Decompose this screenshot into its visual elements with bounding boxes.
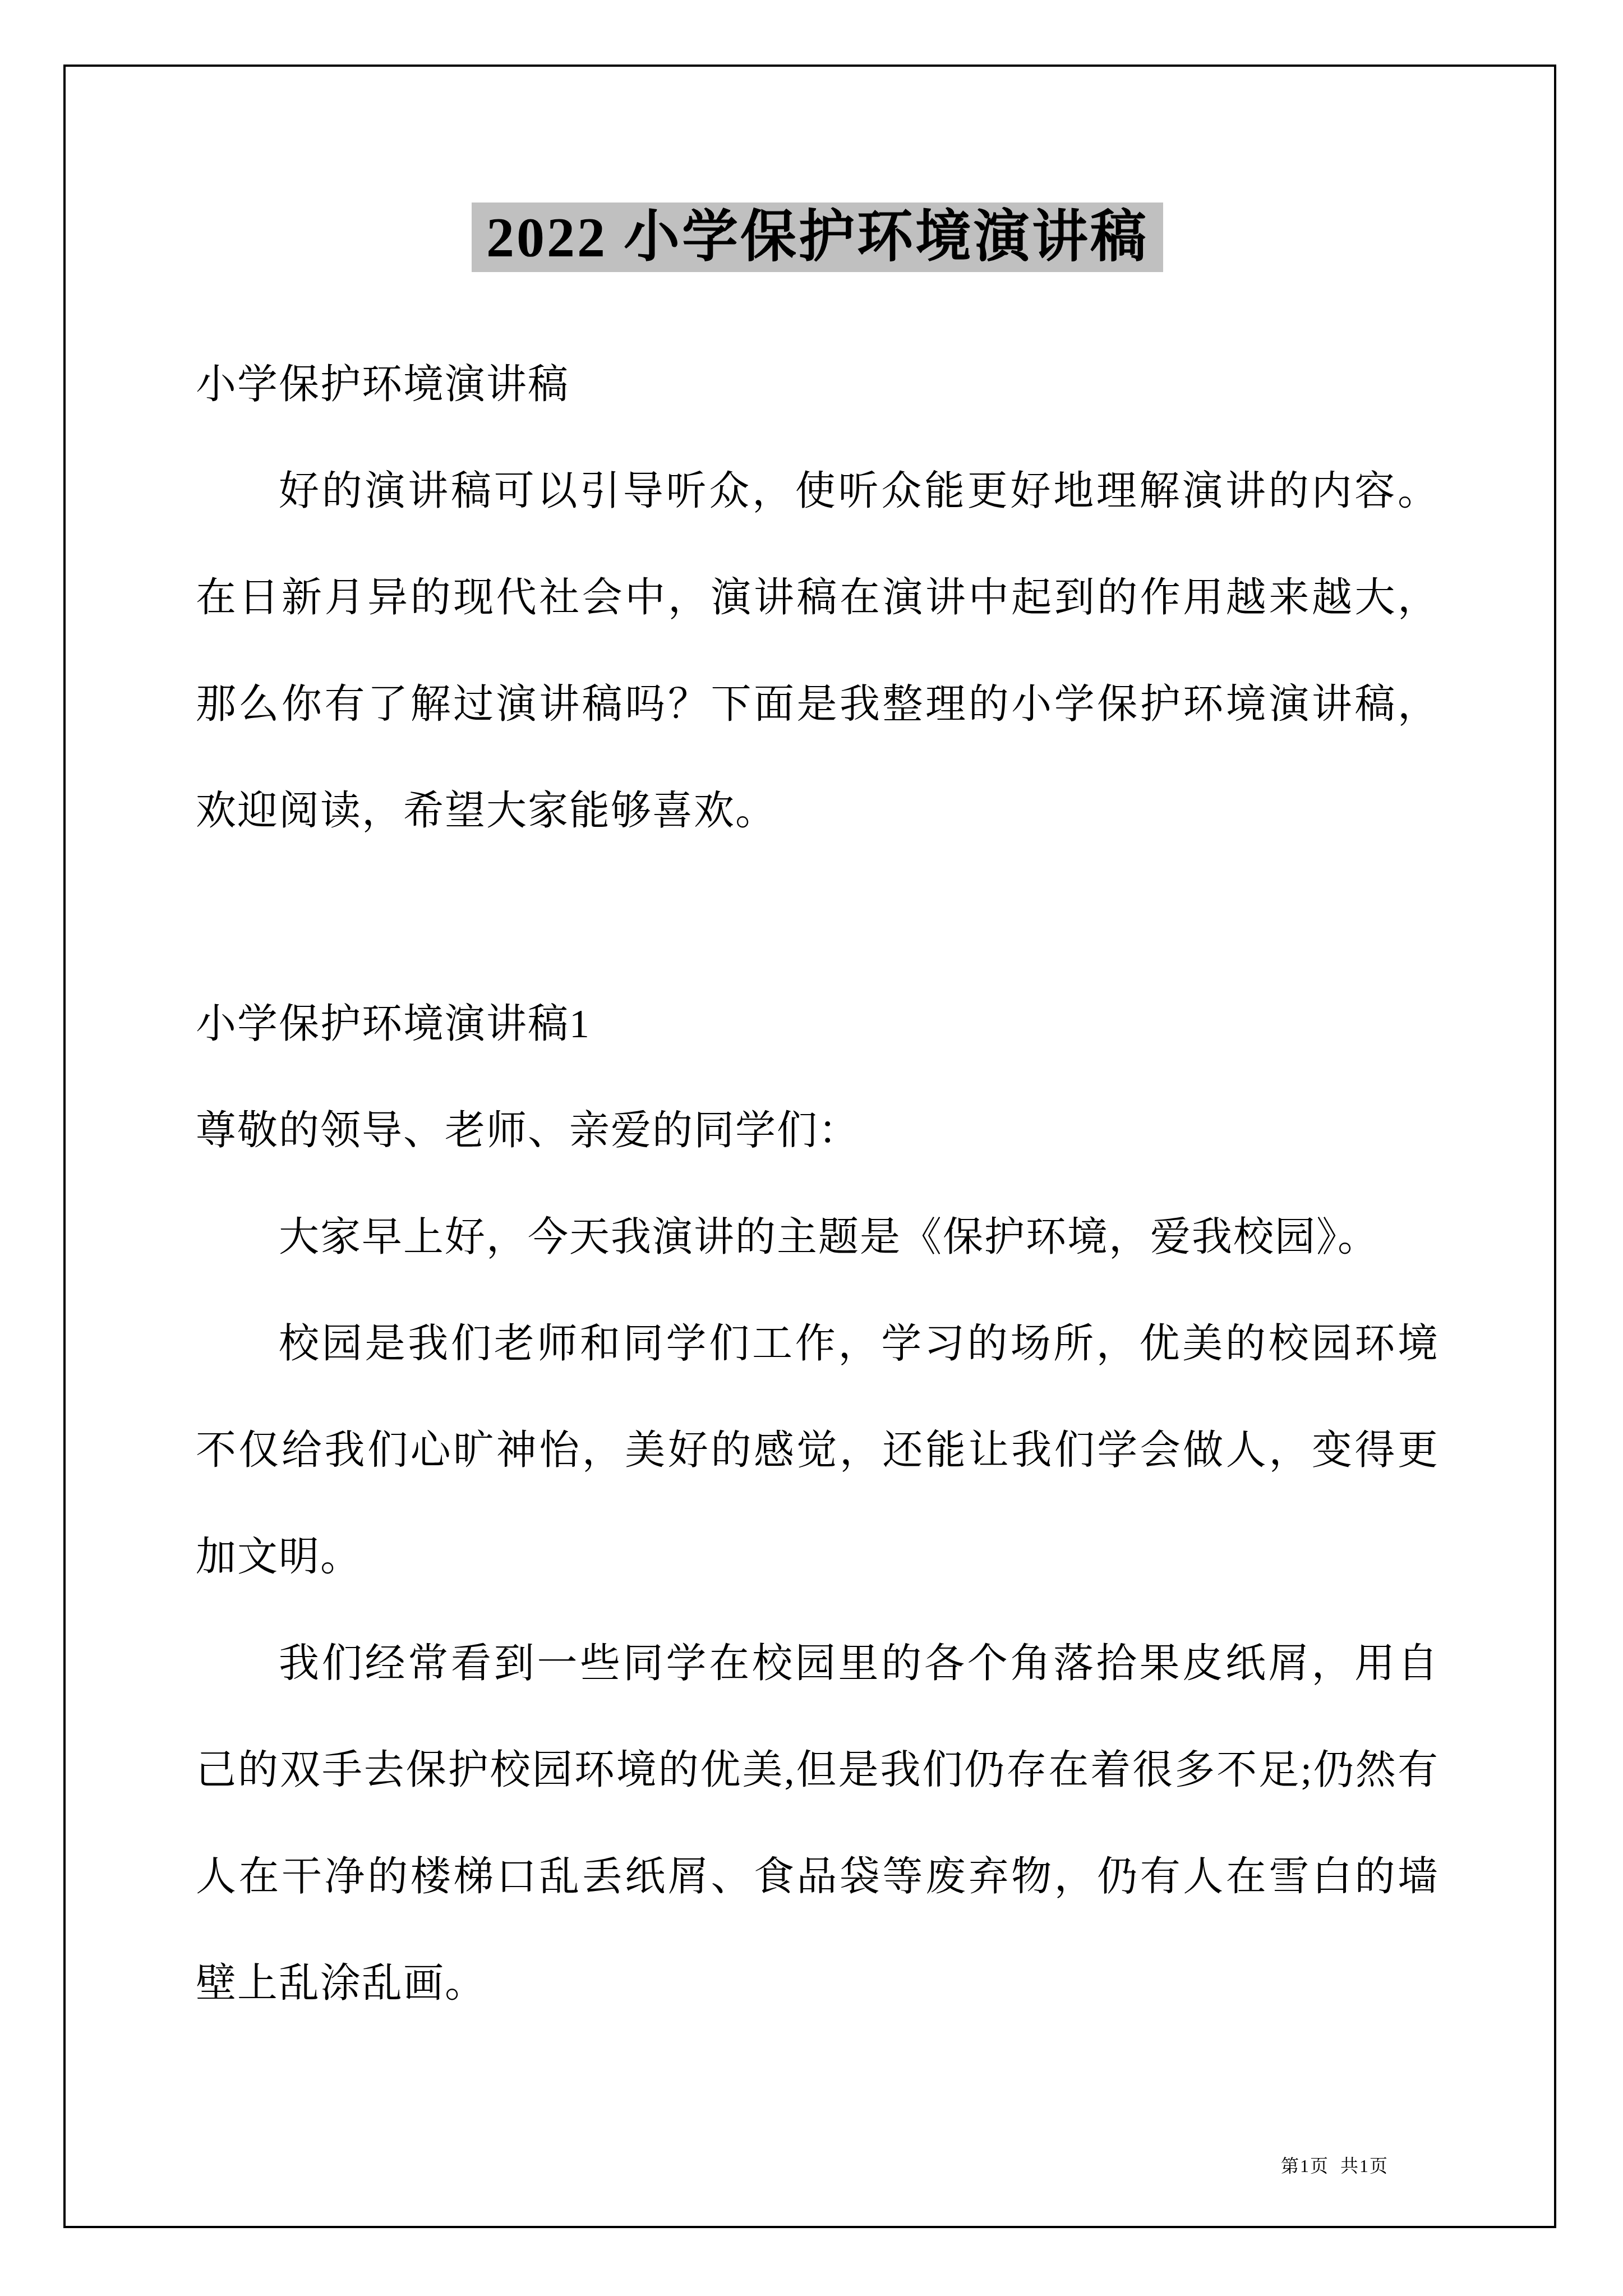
document-title: 2022 小学保护环境演讲稿 bbox=[196, 67, 1439, 272]
document-body: 小学保护环境演讲稿 好的演讲稿可以引导听众，使听众能更好地理解演讲的内容。在日新… bbox=[196, 331, 1439, 2036]
paragraph-section-heading: 小学保护环境演讲稿1 bbox=[196, 970, 1439, 1077]
paragraph-salutation: 尊敬的领导、老师、亲爱的同学们： bbox=[196, 1077, 1439, 1184]
document-content: 2022 小学保护环境演讲稿 小学保护环境演讲稿 好的演讲稿可以引导听众，使听众… bbox=[196, 67, 1439, 2036]
page-border-frame: 2022 小学保护环境演讲稿 小学保护环境演讲稿 好的演讲稿可以引导听众，使听众… bbox=[63, 65, 1556, 2228]
page-footer: 第1页 共1页 bbox=[1281, 2152, 1389, 2178]
paragraph-greeting: 大家早上好，今天我演讲的主题是《保护环境，爱我校园》。 bbox=[196, 1184, 1439, 1290]
blank-line bbox=[196, 864, 1439, 970]
document-page: 2022 小学保护环境演讲稿 小学保护环境演讲稿 好的演讲稿可以引导听众，使听众… bbox=[0, 0, 1623, 2296]
paragraph-subtitle: 小学保护环境演讲稿 bbox=[196, 331, 1439, 438]
paragraph-intro: 好的演讲稿可以引导听众，使听众能更好地理解演讲的内容。在日新月异的现代社会中，演… bbox=[196, 438, 1439, 864]
paragraph-campus: 校园是我们老师和同学们工作，学习的场所，优美的校园环境不仅给我们心旷神怡，美好的… bbox=[196, 1290, 1439, 1610]
document-title-text: 2022 小学保护环境演讲稿 bbox=[472, 203, 1163, 272]
paragraph-observation: 我们经常看到一些同学在校园里的各个角落拾果皮纸屑，用自己的双手去保护校园环境的优… bbox=[196, 1610, 1439, 2036]
